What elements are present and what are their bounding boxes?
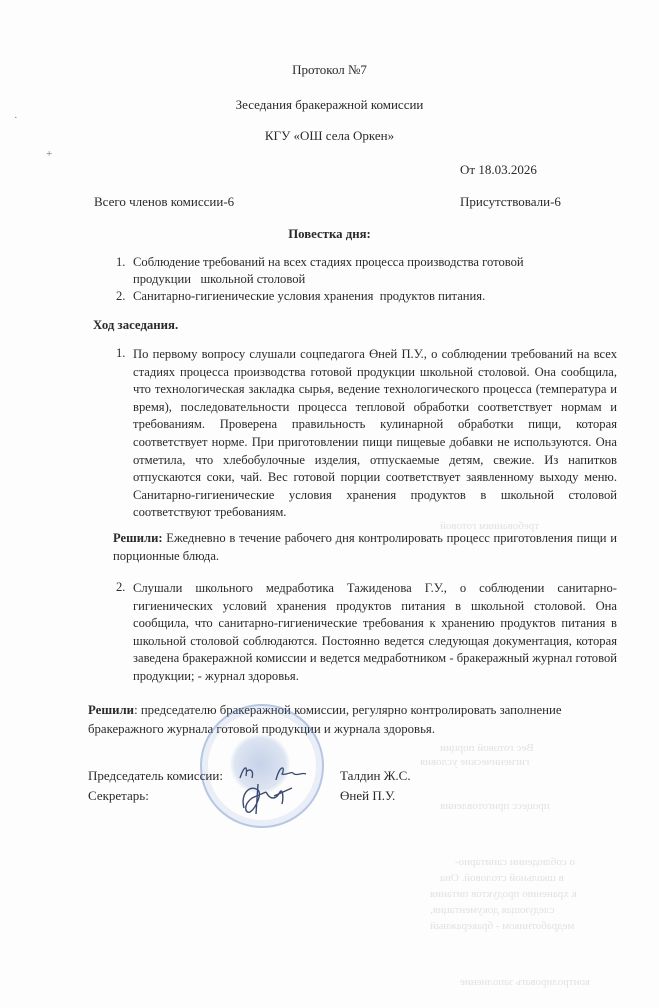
agenda-item-1-continued: продукции школьной столовой — [133, 272, 305, 287]
bleed-through-text: о соблюдении санитарно- — [455, 856, 575, 868]
decision-text: Ежедневно в течение рабочего дня контрол… — [113, 531, 617, 563]
paper-speck: + — [46, 148, 52, 160]
decision-label: Решили — [88, 703, 134, 717]
secretary-name: Өней П.У. — [340, 788, 395, 804]
bleed-through-text: в школьной столовой. Она — [440, 872, 564, 884]
proceedings-item-2: Слушали школьного медработика Тажиденова… — [133, 580, 617, 686]
proceedings-item-1: По первому вопросу слушали соцпедагога Ө… — [133, 346, 617, 522]
secretary-label: Секретарь: — [88, 788, 149, 804]
agenda-item-2: Санитарно-гигиенические условия хранения… — [133, 289, 485, 304]
bleed-through-text: процесс приготовления — [440, 800, 550, 812]
document-page: требованиям готовой Вес готовой порции г… — [0, 0, 659, 1008]
document-title: Протокол №7 — [0, 62, 659, 78]
bleed-through-text: к хранению продуктов питания — [430, 888, 577, 900]
bleed-through-text: контролировать заполнение — [460, 976, 590, 988]
decision-2: Решили: председателю бракеражной комисси… — [88, 701, 608, 739]
agenda-heading: Повестка дня: — [0, 227, 659, 242]
bleed-through-text: Вес готовой порции — [440, 742, 534, 754]
bleed-through-text: медработником - бракеражный — [430, 920, 575, 932]
decision-1: Решили: Ежедневно в течение рабочего дня… — [113, 530, 617, 565]
proceedings-item-number: 2. — [116, 580, 125, 595]
secretary-signature-icon — [236, 778, 296, 818]
members-present: Присутствовали-6 — [460, 194, 561, 210]
proceedings-heading: Ход заседания. — [93, 318, 178, 333]
document-date: От 18.03.2026 — [460, 162, 537, 178]
paper-speck: · — [14, 112, 18, 124]
agenda-item-number: 2. — [116, 289, 125, 304]
decision-text: : председателю бракеражной комиссии, рег… — [88, 703, 562, 736]
chair-label: Председатель комиссии: — [88, 768, 223, 784]
bleed-through-text: следующая документация, — [430, 904, 554, 916]
agenda-item-1: Соблюдение требований на всех стадиях пр… — [133, 255, 524, 270]
decision-label: Решили: — [113, 531, 163, 545]
members-total: Всего членов комиссии-6 — [94, 194, 234, 210]
bleed-through-text: гигиенические условия — [420, 756, 529, 768]
organization-name: КГУ «ОШ села Оркен» — [0, 128, 659, 144]
agenda-item-number: 1. — [116, 255, 125, 270]
proceedings-item-number: 1. — [116, 346, 125, 361]
chair-name: Талдин Ж.С. — [340, 768, 411, 784]
document-subtitle: Зеседания бракеражной комиссии — [0, 97, 659, 113]
